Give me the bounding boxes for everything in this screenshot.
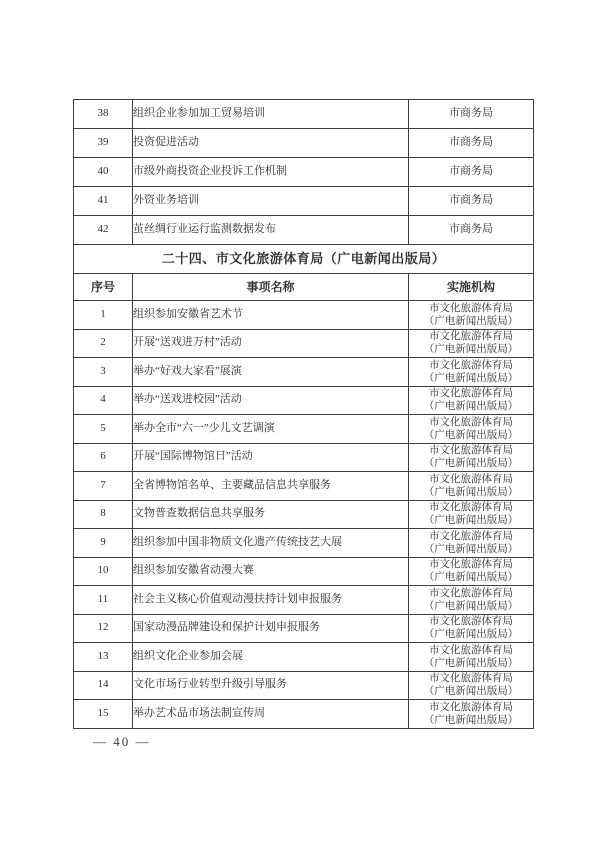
item-name-cell: 组织参加安徽省动漫大赛 — [133, 557, 409, 586]
row-number-cell: 39 — [74, 129, 133, 158]
table-row: 7全省博物馆名单、主要藏品信息共享服务市文化旅游体育局（广电新闻出版局） — [74, 472, 534, 501]
agency-name: 市文化旅游体育局（广电新闻出版局） — [409, 558, 533, 584]
item-name-cell: 举办艺术品市场法制宣传周 — [133, 700, 409, 729]
table-row: 2开展“送戏进万村”活动市文化旅游体育局（广电新闻出版局） — [74, 329, 534, 358]
agency-cell: 市文化旅游体育局（广电新闻出版局） — [409, 671, 534, 700]
table-row: 5举办全市“六一”少儿文艺调演市文化旅游体育局（广电新闻出版局） — [74, 415, 534, 444]
item-name-cell: 投资促进活动 — [133, 129, 409, 158]
item-name-cell: 组织参加中国非物质文化遗产传统技艺大展 — [133, 529, 409, 558]
row-number-cell: 11 — [74, 586, 133, 615]
agency-line2: （广电新闻出版局） — [409, 514, 533, 527]
table-body: 38组织企业参加加工贸易培训市商务局39投资促进活动市商务局40市级外商投资企业… — [74, 100, 534, 729]
agency-cell: 市商务局 — [409, 100, 534, 129]
table-row: 1组织参加安徽省艺术节市文化旅游体育局（广电新闻出版局） — [74, 301, 534, 330]
table-row: 4举办“送戏进校园”活动市文化旅游体育局（广电新闻出版局） — [74, 386, 534, 415]
agency-cell: 市文化旅游体育局（广电新闻出版局） — [409, 358, 534, 387]
row-number-cell: 40 — [74, 158, 133, 187]
table-row: 8文物普查数据信息共享服务市文化旅游体育局（广电新闻出版局） — [74, 500, 534, 529]
agency-name: 市文化旅游体育局（广电新闻出版局） — [409, 330, 533, 356]
item-name-cell: 举办“好戏大家看”展演 — [133, 358, 409, 387]
agency-line1: 市文化旅游体育局 — [409, 330, 533, 343]
table-row: 40市级外商投资企业投诉工作机制市商务局 — [74, 158, 534, 187]
table-row: 15举办艺术品市场法制宣传周市文化旅游体育局（广电新闻出版局） — [74, 700, 534, 729]
agency-line2: （广电新闻出版局） — [409, 714, 533, 727]
item-name-cell: 组织企业参加加工贸易培训 — [133, 100, 409, 129]
agency-cell: 市文化旅游体育局（广电新闻出版局） — [409, 301, 534, 330]
agency-cell: 市文化旅游体育局（广电新闻出版局） — [409, 329, 534, 358]
row-number-cell: 42 — [74, 216, 133, 245]
item-name-cell: 组织文化企业参加会展 — [133, 643, 409, 672]
agency-name: 市文化旅游体育局（广电新闻出版局） — [409, 644, 533, 670]
item-name-cell: 国家动漫品牌建设和保护计划申报服务 — [133, 614, 409, 643]
item-name-cell: 文物普查数据信息共享服务 — [133, 500, 409, 529]
agency-line2: （广电新闻出版局） — [409, 486, 533, 499]
agency-name: 市文化旅游体育局（广电新闻出版局） — [409, 615, 533, 641]
item-name-cell: 社会主义核心价值观动漫扶持计划申报服务 — [133, 586, 409, 615]
agency-name: 市文化旅游体育局（广电新闻出版局） — [409, 701, 533, 727]
table-row: 39投资促进活动市商务局 — [74, 129, 534, 158]
agency-line1: 市文化旅游体育局 — [409, 359, 533, 372]
agency-line2: （广电新闻出版局） — [409, 571, 533, 584]
agency-cell: 市文化旅游体育局（广电新闻出版局） — [409, 386, 534, 415]
section-title-row: 二十四、市文化旅游体育局（广电新闻出版局） — [74, 245, 534, 274]
agency-cell: 市文化旅游体育局（广电新闻出版局） — [409, 472, 534, 501]
row-number-cell: 13 — [74, 643, 133, 672]
table-row: 3举办“好戏大家看”展演市文化旅游体育局（广电新闻出版局） — [74, 358, 534, 387]
table-row: 11社会主义核心价值观动漫扶持计划申报服务市文化旅游体育局（广电新闻出版局） — [74, 586, 534, 615]
document-page: 38组织企业参加加工贸易培训市商务局39投资促进活动市商务局40市级外商投资企业… — [0, 0, 600, 848]
agency-name: 市文化旅游体育局（广电新闻出版局） — [409, 501, 533, 527]
agency-line1: 市文化旅游体育局 — [409, 473, 533, 486]
agency-cell: 市商务局 — [409, 129, 534, 158]
row-number-cell: 5 — [74, 415, 133, 444]
row-number-cell: 12 — [74, 614, 133, 643]
row-number-cell: 6 — [74, 443, 133, 472]
agency-line1: 市文化旅游体育局 — [409, 416, 533, 429]
agency-line1: 市文化旅游体育局 — [409, 558, 533, 571]
agency-name: 市文化旅游体育局（广电新闻出版局） — [409, 672, 533, 698]
row-number-cell: 3 — [74, 358, 133, 387]
table-row: 12国家动漫品牌建设和保护计划申报服务市文化旅游体育局（广电新闻出版局） — [74, 614, 534, 643]
agency-name: 市文化旅游体育局（广电新闻出版局） — [409, 444, 533, 470]
agency-line2: （广电新闻出版局） — [409, 543, 533, 556]
agency-line1: 市文化旅游体育局 — [409, 387, 533, 400]
agency-name: 市文化旅游体育局（广电新闻出版局） — [409, 387, 533, 413]
row-number-cell: 4 — [74, 386, 133, 415]
agency-line2: （广电新闻出版局） — [409, 315, 533, 328]
agency-line1: 市文化旅游体育局 — [409, 701, 533, 714]
agency-line1: 市文化旅游体育局 — [409, 587, 533, 600]
item-name-cell: 茧丝绸行业运行监测数据发布 — [133, 216, 409, 245]
table-row: 42茧丝绸行业运行监测数据发布市商务局 — [74, 216, 534, 245]
column-header-no: 序号 — [74, 274, 133, 301]
row-number-cell: 41 — [74, 187, 133, 216]
agency-cell: 市文化旅游体育局（广电新闻出版局） — [409, 557, 534, 586]
row-number-cell: 9 — [74, 529, 133, 558]
item-name-cell: 全省博物馆名单、主要藏品信息共享服务 — [133, 472, 409, 501]
agency-line1: 市文化旅游体育局 — [409, 615, 533, 628]
item-name-cell: 开展“国际博物馆日”活动 — [133, 443, 409, 472]
row-number-cell: 38 — [74, 100, 133, 129]
section-title: 二十四、市文化旅游体育局（广电新闻出版局） — [74, 245, 534, 274]
service-items-table: 38组织企业参加加工贸易培训市商务局39投资促进活动市商务局40市级外商投资企业… — [73, 99, 534, 729]
table-row: 41外资业务培训市商务局 — [74, 187, 534, 216]
item-name-cell: 举办全市“六一”少儿文艺调演 — [133, 415, 409, 444]
row-number-cell: 15 — [74, 700, 133, 729]
agency-cell: 市文化旅游体育局（广电新闻出版局） — [409, 614, 534, 643]
agency-cell: 市商务局 — [409, 216, 534, 245]
agency-name: 市文化旅游体育局（广电新闻出版局） — [409, 359, 533, 385]
row-number-cell: 1 — [74, 301, 133, 330]
agency-name: 市文化旅游体育局（广电新闻出版局） — [409, 473, 533, 499]
table-row: 9组织参加中国非物质文化遗产传统技艺大展市文化旅游体育局（广电新闻出版局） — [74, 529, 534, 558]
agency-cell: 市商务局 — [409, 158, 534, 187]
table-row: 38组织企业参加加工贸易培训市商务局 — [74, 100, 534, 129]
agency-cell: 市文化旅游体育局（广电新闻出版局） — [409, 415, 534, 444]
agency-cell: 市文化旅游体育局（广电新闻出版局） — [409, 500, 534, 529]
agency-line2: （广电新闻出版局） — [409, 429, 533, 442]
agency-cell: 市商务局 — [409, 187, 534, 216]
item-name-cell: 外资业务培训 — [133, 187, 409, 216]
page-footer: — 40 — — [93, 734, 151, 750]
table-row: 14文化市场行业转型升级引导服务市文化旅游体育局（广电新闻出版局） — [74, 671, 534, 700]
item-name-cell: 市级外商投资企业投诉工作机制 — [133, 158, 409, 187]
agency-line1: 市文化旅游体育局 — [409, 444, 533, 457]
row-number-cell: 7 — [74, 472, 133, 501]
agency-line2: （广电新闻出版局） — [409, 657, 533, 670]
agency-name: 市文化旅游体育局（广电新闻出版局） — [409, 416, 533, 442]
item-name-cell: 举办“送戏进校园”活动 — [133, 386, 409, 415]
agency-line2: （广电新闻出版局） — [409, 457, 533, 470]
row-number-cell: 2 — [74, 329, 133, 358]
agency-line1: 市文化旅游体育局 — [409, 672, 533, 685]
agency-line2: （广电新闻出版局） — [409, 343, 533, 356]
agency-line1: 市文化旅游体育局 — [409, 501, 533, 514]
agency-line2: （广电新闻出版局） — [409, 628, 533, 641]
agency-line1: 市文化旅游体育局 — [409, 644, 533, 657]
row-number-cell: 8 — [74, 500, 133, 529]
item-name-cell: 文化市场行业转型升级引导服务 — [133, 671, 409, 700]
item-name-cell: 组织参加安徽省艺术节 — [133, 301, 409, 330]
agency-line1: 市文化旅游体育局 — [409, 302, 533, 315]
agency-cell: 市文化旅游体育局（广电新闻出版局） — [409, 700, 534, 729]
table-row: 13组织文化企业参加会展市文化旅游体育局（广电新闻出版局） — [74, 643, 534, 672]
row-number-cell: 10 — [74, 557, 133, 586]
agency-line2: （广电新闻出版局） — [409, 685, 533, 698]
item-name-cell: 开展“送戏进万村”活动 — [133, 329, 409, 358]
agency-cell: 市文化旅游体育局（广电新闻出版局） — [409, 643, 534, 672]
agency-line2: （广电新闻出版局） — [409, 372, 533, 385]
agency-name: 市文化旅游体育局（广电新闻出版局） — [409, 302, 533, 328]
agency-name: 市文化旅游体育局（广电新闻出版局） — [409, 587, 533, 613]
agency-line2: （广电新闻出版局） — [409, 400, 533, 413]
agency-line1: 市文化旅游体育局 — [409, 530, 533, 543]
table-row: 6开展“国际博物馆日”活动市文化旅游体育局（广电新闻出版局） — [74, 443, 534, 472]
column-header-name: 事项名称 — [133, 274, 409, 301]
agency-cell: 市文化旅游体育局（广电新闻出版局） — [409, 443, 534, 472]
row-number-cell: 14 — [74, 671, 133, 700]
column-header-agency: 实施机构 — [409, 274, 534, 301]
agency-cell: 市文化旅游体育局（广电新闻出版局） — [409, 529, 534, 558]
agency-line2: （广电新闻出版局） — [409, 600, 533, 613]
table-row: 10组织参加安徽省动漫大赛市文化旅游体育局（广电新闻出版局） — [74, 557, 534, 586]
agency-cell: 市文化旅游体育局（广电新闻出版局） — [409, 586, 534, 615]
column-header-row: 序号事项名称实施机构 — [74, 274, 534, 301]
agency-name: 市文化旅游体育局（广电新闻出版局） — [409, 530, 533, 556]
